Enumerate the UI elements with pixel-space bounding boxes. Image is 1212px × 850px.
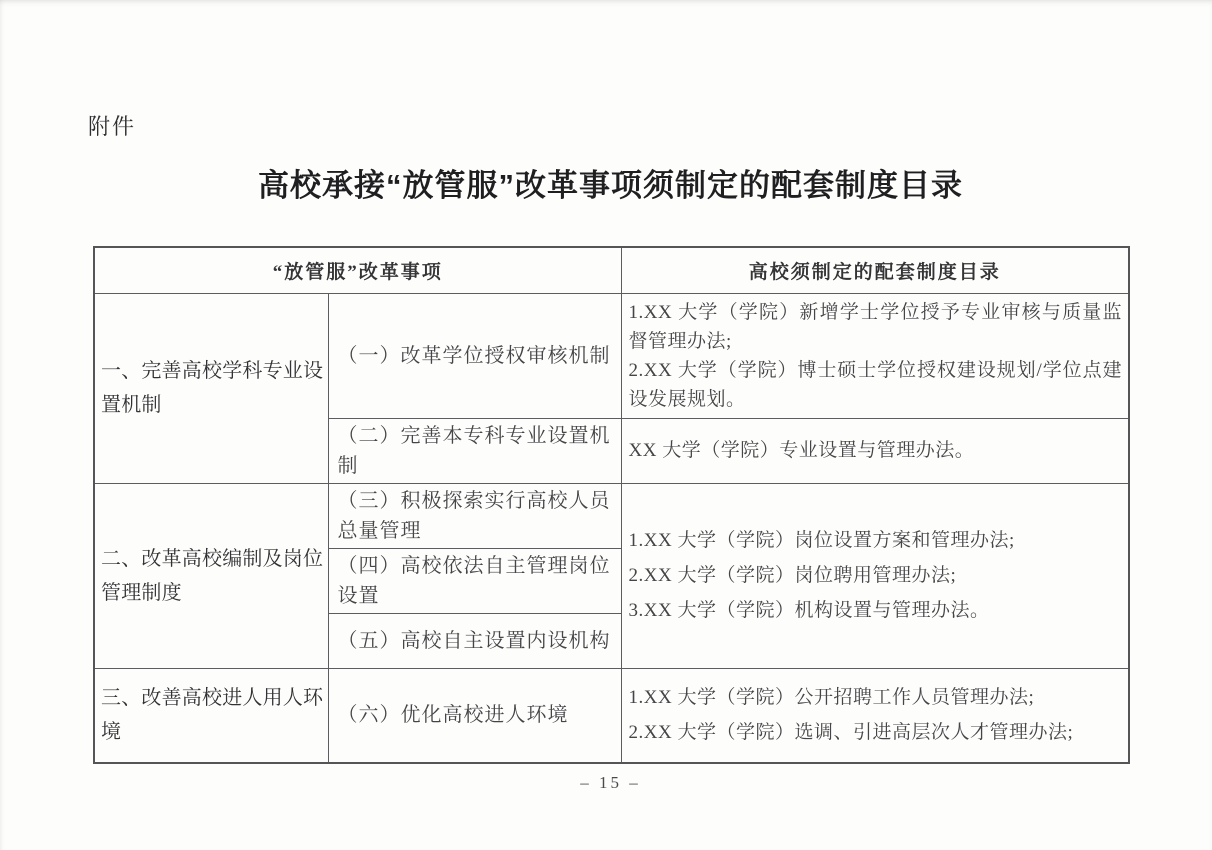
page-number: – 15 –	[93, 773, 1128, 793]
measure-item: 2.XX 大学（学院）博士硕士学位授权建设规划/学位点建设发展规划。	[629, 356, 1127, 414]
header-required-systems: 高校须制定的配套制度目录	[621, 247, 1129, 293]
measures-cell-1: 1.XX 大学（学院）新增学士学位授予专业审核与质量监督管理办法; 2.XX 大…	[621, 293, 1129, 418]
attachment-label: 附件	[88, 110, 136, 141]
subitem-2: （二）完善本专科专业设置机制	[328, 418, 621, 483]
table-row: 三、改善高校进人用人环境 （六）优化高校进人环境 1.XX 大学（学院）公开招聘…	[94, 668, 1129, 763]
subitem-4: （四）高校依法自主管理岗位设置	[328, 548, 621, 613]
measures-cell-4: 1.XX 大学（学院）公开招聘工作人员管理办法; 2.XX 大学（学院）选调、引…	[621, 668, 1129, 763]
measure-item: 2.XX 大学（学院）选调、引进高层次人才管理办法;	[629, 718, 1127, 747]
header-reform-items: “放管服”改革事项	[94, 247, 621, 293]
document-content: 高校承接“放管服”改革事项须制定的配套制度目录 “放管服”改革事项 高校须制定的…	[93, 160, 1128, 793]
document-page: 附件 高校承接“放管服”改革事项须制定的配套制度目录 “放管服”改革事项 高校须…	[0, 0, 1212, 850]
subitem-1: （一）改革学位授权审核机制	[328, 293, 621, 418]
table-header-row: “放管服”改革事项 高校须制定的配套制度目录	[94, 247, 1129, 293]
table-row: 二、改革高校编制及岗位管理制度 （三）积极探索实行高校人员总量管理 1.XX 大…	[94, 483, 1129, 548]
measure-item: 1.XX 大学（学院）新增学士学位授予专业审核与质量监督管理办法;	[629, 298, 1127, 356]
group-2-label: 二、改革高校编制及岗位管理制度	[94, 483, 328, 668]
subitem-6: （六）优化高校进人环境	[328, 668, 621, 763]
subitem-5: （五）高校自主设置内设机构	[328, 613, 621, 668]
measures-cell-2: XX 大学（学院）专业设置与管理办法。	[621, 418, 1129, 483]
measure-item: 1.XX 大学（学院）公开招聘工作人员管理办法;	[629, 683, 1127, 712]
group-3-label: 三、改善高校进人用人环境	[94, 668, 328, 763]
table-row: 一、完善高校学科专业设置机制 （一）改革学位授权审核机制 1.XX 大学（学院）…	[94, 293, 1129, 418]
group-1-label: 一、完善高校学科专业设置机制	[94, 293, 328, 483]
measures-cell-3: 1.XX 大学（学院）岗位设置方案和管理办法; 2.XX 大学（学院）岗位聘用管…	[621, 483, 1129, 668]
reform-items-table: “放管服”改革事项 高校须制定的配套制度目录 一、完善高校学科专业设置机制 （一…	[93, 246, 1130, 764]
measure-item: 2.XX 大学（学院）岗位聘用管理办法;	[629, 561, 1127, 590]
measure-item: 3.XX 大学（学院）机构设置与管理办法。	[629, 596, 1127, 625]
document-title: 高校承接“放管服”改革事项须制定的配套制度目录	[93, 160, 1128, 205]
measure-item: XX 大学（学院）专业设置与管理办法。	[629, 436, 1127, 465]
subitem-3: （三）积极探索实行高校人员总量管理	[328, 483, 621, 548]
measure-item: 1.XX 大学（学院）岗位设置方案和管理办法;	[629, 526, 1127, 555]
